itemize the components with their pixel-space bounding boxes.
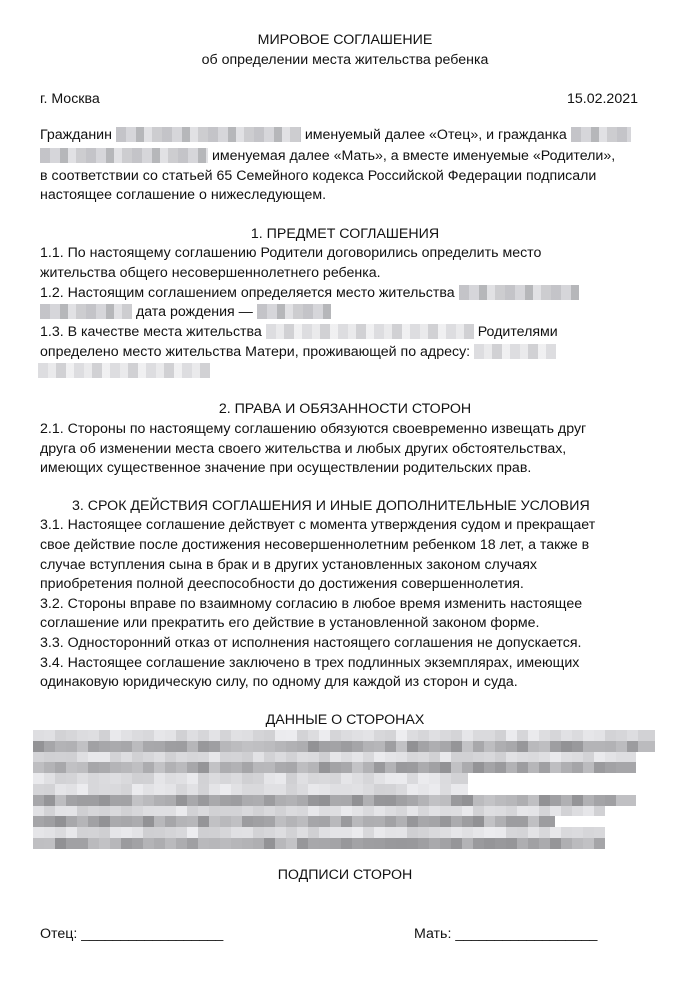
- document-date: 15.02.2021: [567, 90, 638, 109]
- mother-signature: Мать: __________________: [414, 925, 597, 944]
- redacted-row: [33, 784, 468, 795]
- redacted-address-cont: [38, 363, 210, 378]
- preamble-line-2: именуемая далее «Мать», а вместе именуем…: [40, 147, 615, 166]
- clause-1-1-cont: жительства общего несовершеннолетнего ре…: [40, 264, 381, 283]
- redacted-child-ref: [266, 324, 474, 339]
- clause-3-1-cont-2: случае вступления сына в брак и в других…: [40, 556, 537, 575]
- clause-3-4: 3.4. Настоящее соглашение заключено в тр…: [40, 654, 579, 673]
- redacted-row: [33, 816, 555, 827]
- document-title: МИРОВОЕ СОГЛАШЕНИЕ: [0, 31, 690, 50]
- clause-3-2: 3.2. Стороны вправе по взаимному согласи…: [40, 595, 582, 614]
- section-1-heading: 1. ПРЕДМЕТ СОГЛАШЕНИЯ: [0, 225, 690, 244]
- clause-3-1-cont: свое действие после достижения несоверше…: [40, 536, 589, 555]
- clause-3-3: 3.3. Односторонний отказ от исполнения н…: [40, 634, 581, 653]
- clause-1-2-cont: дата рождения —: [40, 303, 331, 322]
- clause-text: 1.3. В качестве места жительства: [40, 324, 262, 340]
- section-3-heading: 3. СРОК ДЕЙСТВИЯ СОГЛАШЕНИЯ И ИНЫЕ ДОПОЛ…: [72, 497, 590, 516]
- redacted-row: [33, 773, 468, 784]
- redacted-mother-name-cont: [40, 148, 208, 163]
- clause-2-1-cont-2: имеющих существенное значение при осущес…: [40, 459, 531, 478]
- clause-3-2-cont: соглашение или прекратить его действие в…: [40, 614, 539, 633]
- redacted-row: [33, 827, 605, 838]
- redacted-child-name-cont: [40, 304, 132, 319]
- clause-1-2: 1.2. Настоящим соглашением определяется …: [40, 284, 579, 303]
- clause-1-1: 1.1. По настоящему соглашению Родители д…: [40, 244, 541, 263]
- redacted-parties-details: [33, 730, 655, 849]
- clause-text: определено место жительства Матери, прож…: [40, 344, 470, 360]
- preamble-text: Гражданин: [40, 127, 112, 143]
- clause-text: 1.2. Настоящим соглашением определяется …: [40, 285, 455, 301]
- clause-3-1-cont-3: приобретения полной дееспособности до до…: [40, 575, 524, 594]
- preamble-line-3: в соответствии со статьей 65 Семейного к…: [40, 167, 596, 186]
- redacted-birth-date: [257, 304, 331, 319]
- clause-text: Родителями: [478, 324, 558, 340]
- redacted-row: [33, 762, 636, 773]
- clause-text: дата рождения —: [136, 304, 253, 320]
- father-signature: Отец: __________________: [40, 925, 223, 944]
- clause-1-3-cont: определено место жительства Матери, прож…: [40, 343, 556, 362]
- clause-1-3-cont-2: [40, 362, 210, 381]
- clause-2-1-cont: друга об изменении места своего жительст…: [40, 440, 566, 459]
- redacted-mother-name: [571, 127, 631, 142]
- parties-heading: ДАННЫЕ О СТОРОНАХ: [0, 711, 690, 730]
- redacted-row: [33, 730, 655, 741]
- redacted-father-name: [116, 127, 301, 142]
- preamble-text: именуемая далее «Мать», а вместе именуем…: [212, 148, 615, 164]
- preamble-line-1: Гражданин именуемый далее «Отец», и граж…: [40, 126, 631, 145]
- redacted-row: [33, 795, 636, 806]
- clause-2-1: 2.1. Стороны по настоящему соглашению об…: [40, 420, 586, 439]
- redacted-row: [33, 752, 636, 763]
- redacted-row: [33, 741, 655, 752]
- redacted-child-name: [459, 285, 579, 300]
- preamble-text: именуемый далее «Отец», и гражданка: [305, 127, 567, 143]
- redacted-row: [33, 806, 605, 817]
- preamble-line-4: настоящее соглашение о нижеследующем.: [40, 186, 326, 205]
- father-signature-label: Отец:: [40, 926, 77, 942]
- signatures-heading: ПОДПИСИ СТОРОН: [0, 866, 690, 885]
- father-signature-line: __________________: [81, 926, 223, 942]
- city: г. Москва: [40, 90, 100, 109]
- clause-3-1: 3.1. Настоящее соглашение действует с мо…: [40, 516, 595, 535]
- document-subtitle: об определении места жительства ребенка: [0, 51, 690, 70]
- mother-signature-line: __________________: [455, 926, 597, 942]
- clause-1-3: 1.3. В качестве места жительства Родител…: [40, 323, 558, 342]
- redacted-address: [474, 344, 556, 359]
- clause-3-4-cont: одинаковую юридическую силу, по одному д…: [40, 673, 518, 692]
- mother-signature-label: Мать:: [414, 926, 451, 942]
- section-2-heading: 2. ПРАВА И ОБЯЗАННОСТИ СТОРОН: [0, 400, 690, 419]
- redacted-row: [33, 838, 605, 849]
